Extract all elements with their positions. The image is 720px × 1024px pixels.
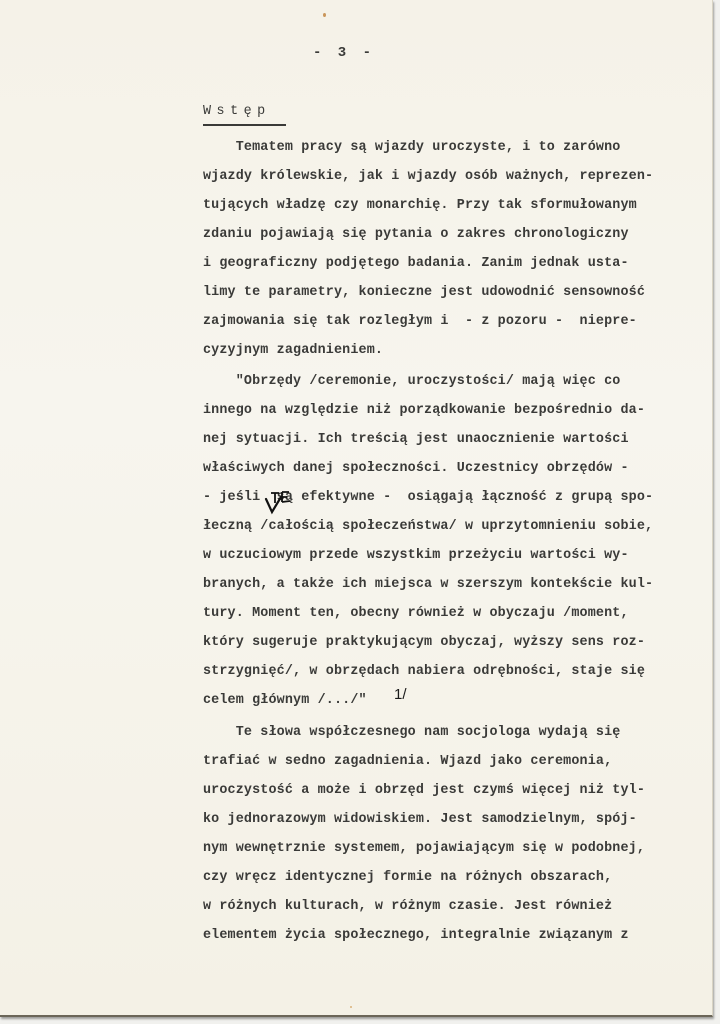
text-line: zajmowania się tak rozległym i - z pozor… [203, 314, 637, 329]
handwritten-insertion-mark [263, 489, 293, 515]
text-line: w uczuciowym przede wszystkim przeżyciu … [203, 548, 629, 563]
text-line: cyzyjnym zagadnieniem. [203, 343, 383, 358]
text-line: strzygnięć/, w obrzędach nabiera odrębno… [203, 664, 645, 679]
text-line: "Obrzędy /ceremonie, uroczystości/ mają … [203, 374, 620, 389]
text-line: branych, a także ich miejsca w szerszym … [203, 577, 653, 592]
section-heading: Wstęp [203, 104, 271, 119]
text-line: który sugeruje praktykującym obyczaj, wy… [203, 635, 645, 650]
text-line: uroczystość a może i obrzęd jest czymś w… [203, 783, 645, 798]
text-line: wjazdy królewskie, jak i wjazdy osób waż… [203, 169, 653, 184]
page-number: - 3 - [313, 45, 375, 61]
heading-underline [203, 124, 286, 126]
text-line: nym wewnętrznie systemem, pojawiającym s… [203, 841, 645, 856]
paper-speck [350, 1006, 352, 1008]
text-line: zdaniu pojawiają się pytania o zakres ch… [203, 227, 629, 242]
text-line: łeczną /całością społeczeństwa/ w uprzyt… [203, 519, 653, 534]
text-line: trafiać w sedno zagadnienia. Wjazd jako … [203, 754, 612, 769]
document-page: - 3 - Wstęp Tematem pracy są wjazdy uroc… [0, 0, 713, 1017]
text-line: Tematem pracy są wjazdy uroczyste, i to … [203, 140, 620, 155]
text-line: tujących władzę czy monarchię. Przy tak … [203, 198, 637, 213]
text-line: ko jednorazowym widowiskiem. Jest samodz… [203, 812, 637, 827]
text-line: i geograficzny podjętego badania. Zanim … [203, 256, 629, 271]
text-line: w różnych kulturach, w różnym czasie. Je… [203, 899, 612, 914]
text-line: właściwych danej społeczności. Uczestnic… [203, 461, 629, 476]
text-line: Te słowa współczesnego nam socjologa wyd… [203, 725, 620, 740]
text-line: tury. Moment ten, obecny również w obycz… [203, 606, 629, 621]
text-line: nej sytuacji. Ich treścią jest unaocznie… [203, 432, 629, 447]
footnote-marker: 1/ [394, 686, 407, 703]
text-line: limy te parametry, konieczne jest udowod… [203, 285, 645, 300]
text-line: czy wręcz identycznej formie na różnych … [203, 870, 612, 885]
paper-speck [323, 13, 326, 17]
text-line: innego na względzie niż porządkowanie be… [203, 403, 645, 418]
text-line: elementem życia społecznego, integralnie… [203, 928, 629, 943]
text-line: celem głównym /.../" [203, 693, 367, 708]
